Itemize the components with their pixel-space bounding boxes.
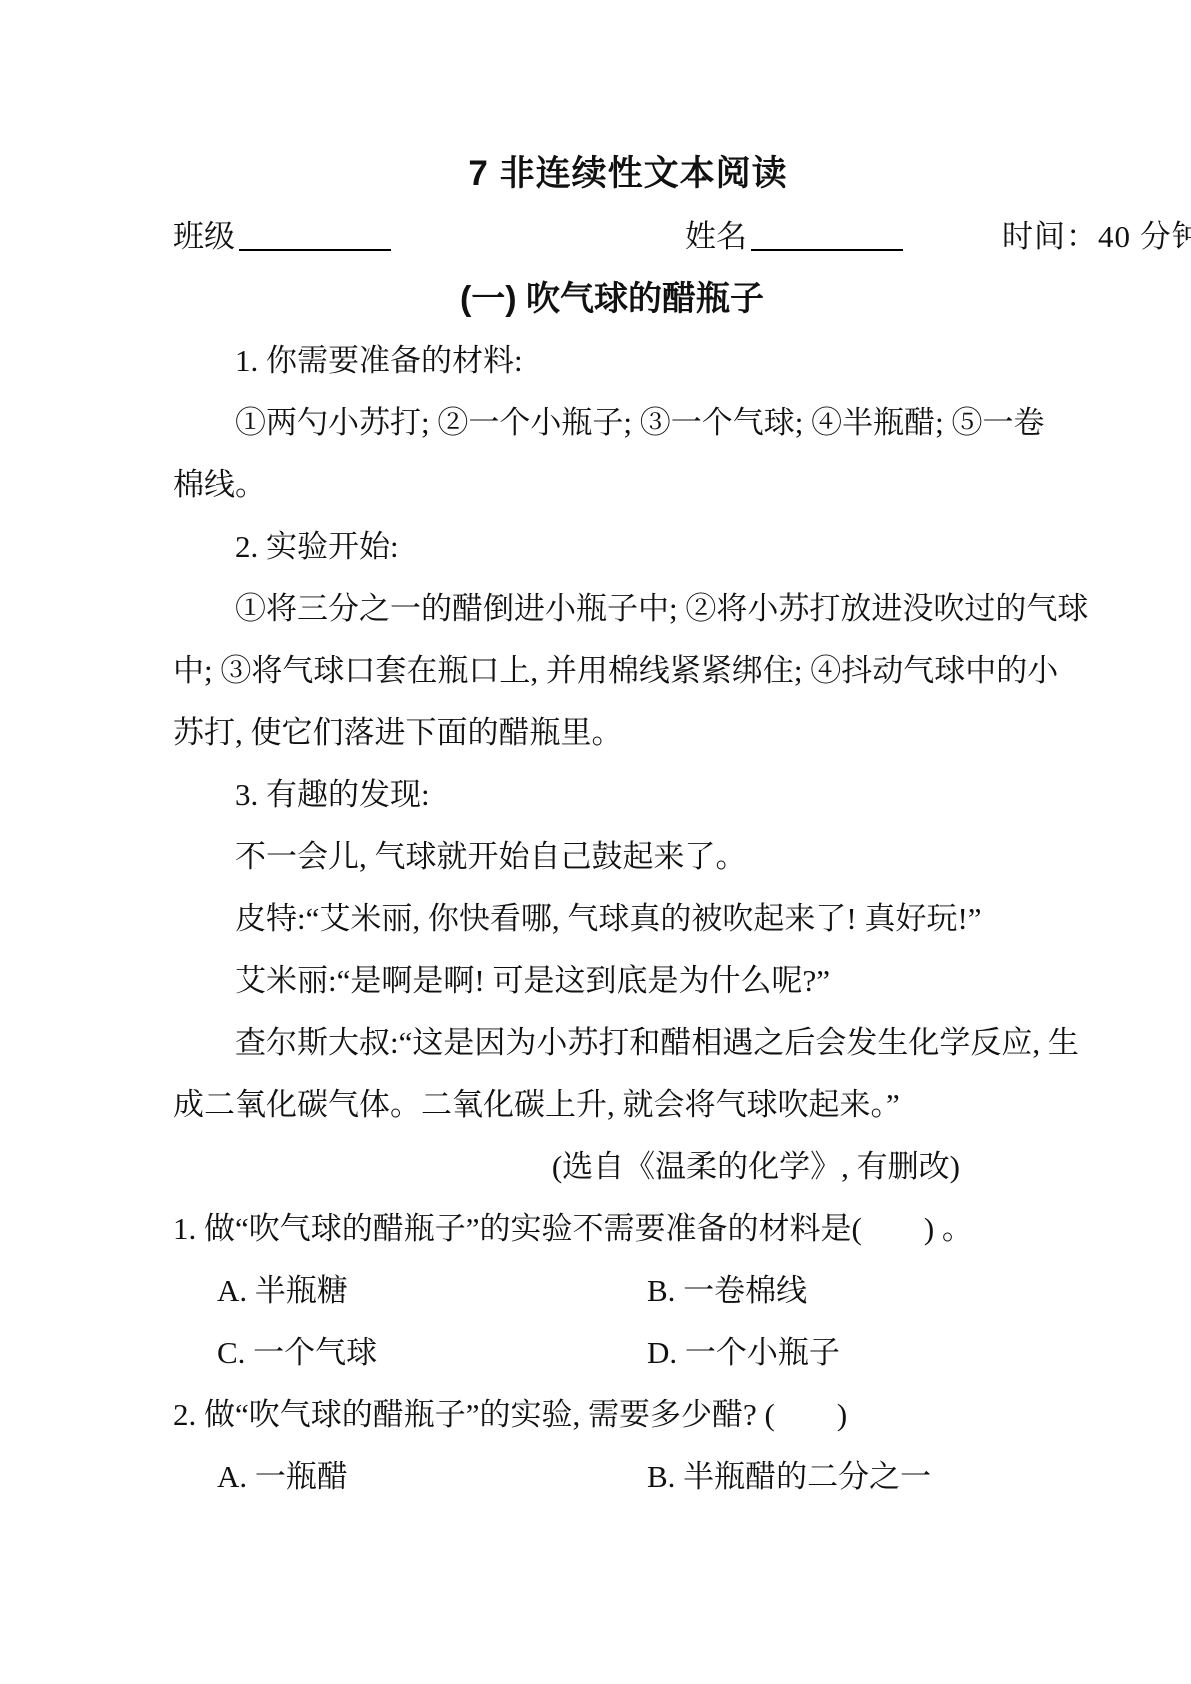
class-field: 班级 xyxy=(173,206,391,268)
passage-line: ①两勺小苏打; ②一个小瓶子; ③一个气球; ④半瓶醋; ⑤一卷 xyxy=(173,392,1035,454)
question-2-stem: 2. 做“吹气球的醋瓶子”的实验, 需要多少醋? ( ) xyxy=(173,1384,1035,1446)
question-1-stem: 1. 做“吹气球的醋瓶子”的实验不需要准备的材料是( ) 。 xyxy=(173,1198,1035,1260)
passage-line: 查尔斯大叔:“这是因为小苏打和醋相遇之后会发生化学反应, 生 xyxy=(173,1012,1035,1074)
passage-line: 成二氧化碳气体。二氧化碳上升, 就会将气球吹起来。” xyxy=(173,1074,1035,1136)
question-1: 1. 做“吹气球的醋瓶子”的实验不需要准备的材料是( ) 。 A. 半瓶糖 B.… xyxy=(173,1198,1035,1384)
worksheet-page: 7 非连续性文本阅读 班级 姓名 时间：40 分钟 (一) 吹气球的醋瓶子 1.… xyxy=(173,0,1035,1508)
name-blank[interactable] xyxy=(751,211,903,251)
passage-line: 2. 实验开始: xyxy=(173,516,1035,578)
passage-line: 3. 有趣的发现: xyxy=(173,764,1035,826)
passage-line: 苏打, 使它们落进下面的醋瓶里。 xyxy=(173,702,1035,764)
q1-option-b: B. 一卷棉线 xyxy=(647,1260,1035,1322)
q1-option-c: C. 一个气球 xyxy=(217,1322,647,1384)
q2-option-b: B. 半瓶醋的二分之一 xyxy=(647,1446,1035,1508)
q1-option-a: A. 半瓶糖 xyxy=(217,1260,647,1322)
passage-line: 棉线。 xyxy=(173,454,1035,516)
passage-line: 艾米丽:“是啊是啊! 可是这到底是为什么呢?” xyxy=(173,950,1035,1012)
question-1-options-row-2: C. 一个气球 D. 一个小瓶子 xyxy=(217,1322,1035,1384)
passage-line: 皮特:“艾米丽, 你快看哪, 气球真的被吹起来了! 真好玩!” xyxy=(173,888,1035,950)
passage: 1. 你需要准备的材料: ①两勺小苏打; ②一个小瓶子; ③一个气球; ④半瓶醋… xyxy=(173,330,1035,1136)
class-label: 班级 xyxy=(173,219,235,254)
q1-option-d: D. 一个小瓶子 xyxy=(647,1322,1035,1384)
class-blank[interactable] xyxy=(239,211,391,251)
source-note: (选自《温柔的化学》, 有删改) xyxy=(173,1136,1035,1198)
passage-line: ①将三分之一的醋倒进小瓶子中; ②将小苏打放进没吹过的气球 xyxy=(173,578,1035,640)
name-field: 姓名 xyxy=(685,206,903,268)
q2-option-a: A. 一瓶醋 xyxy=(217,1446,647,1508)
question-2-options-row-1: A. 一瓶醋 B. 半瓶醋的二分之一 xyxy=(217,1446,1035,1508)
question-2: 2. 做“吹气球的醋瓶子”的实验, 需要多少醋? ( ) A. 一瓶醋 B. 半… xyxy=(173,1384,1035,1508)
question-1-options-row-1: A. 半瓶糖 B. 一卷棉线 xyxy=(217,1260,1035,1322)
passage-line: 1. 你需要准备的材料: xyxy=(173,330,1035,392)
page-title: 7 非连续性文本阅读 xyxy=(173,142,1035,206)
section-heading: (一) 吹气球的醋瓶子 xyxy=(173,268,1035,330)
passage-line: 中; ③将气球口套在瓶口上, 并用棉线紧紧绑住; ④抖动气球中的小 xyxy=(173,640,1035,702)
name-label: 姓名 xyxy=(685,219,747,254)
time-label: 时间：40 分钟 xyxy=(1002,206,1191,268)
passage-line: 不一会儿, 气球就开始自己鼓起来了。 xyxy=(173,826,1035,888)
header-fields: 班级 姓名 时间：40 分钟 xyxy=(173,206,1035,268)
